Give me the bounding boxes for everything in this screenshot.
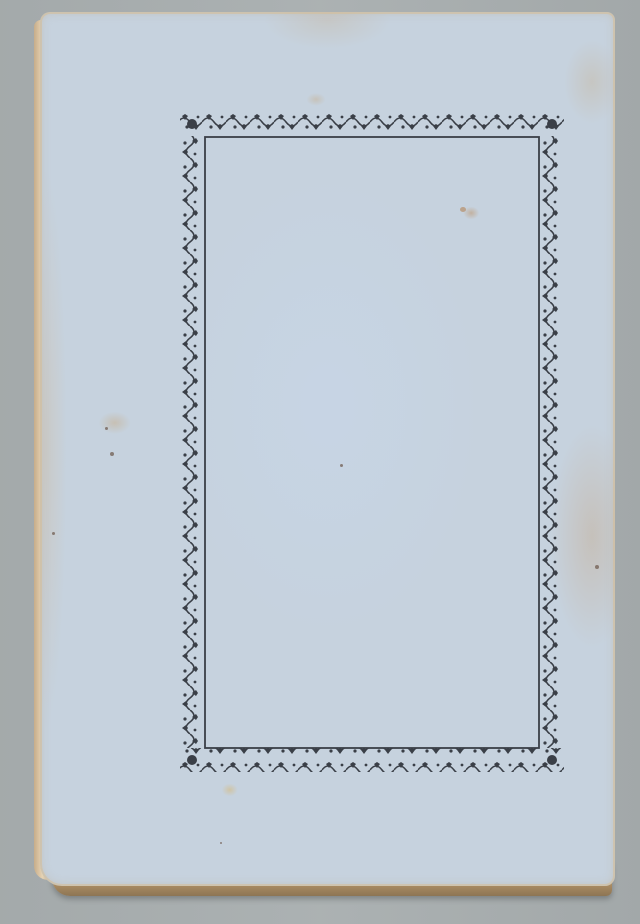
ornamental-vine-border: [178, 110, 566, 776]
foxing-spot: [52, 532, 55, 535]
foxing-spot: [110, 452, 114, 456]
foxing-spot: [220, 842, 222, 844]
foxing-spot: [595, 565, 599, 569]
foxing-spot: [105, 427, 108, 430]
